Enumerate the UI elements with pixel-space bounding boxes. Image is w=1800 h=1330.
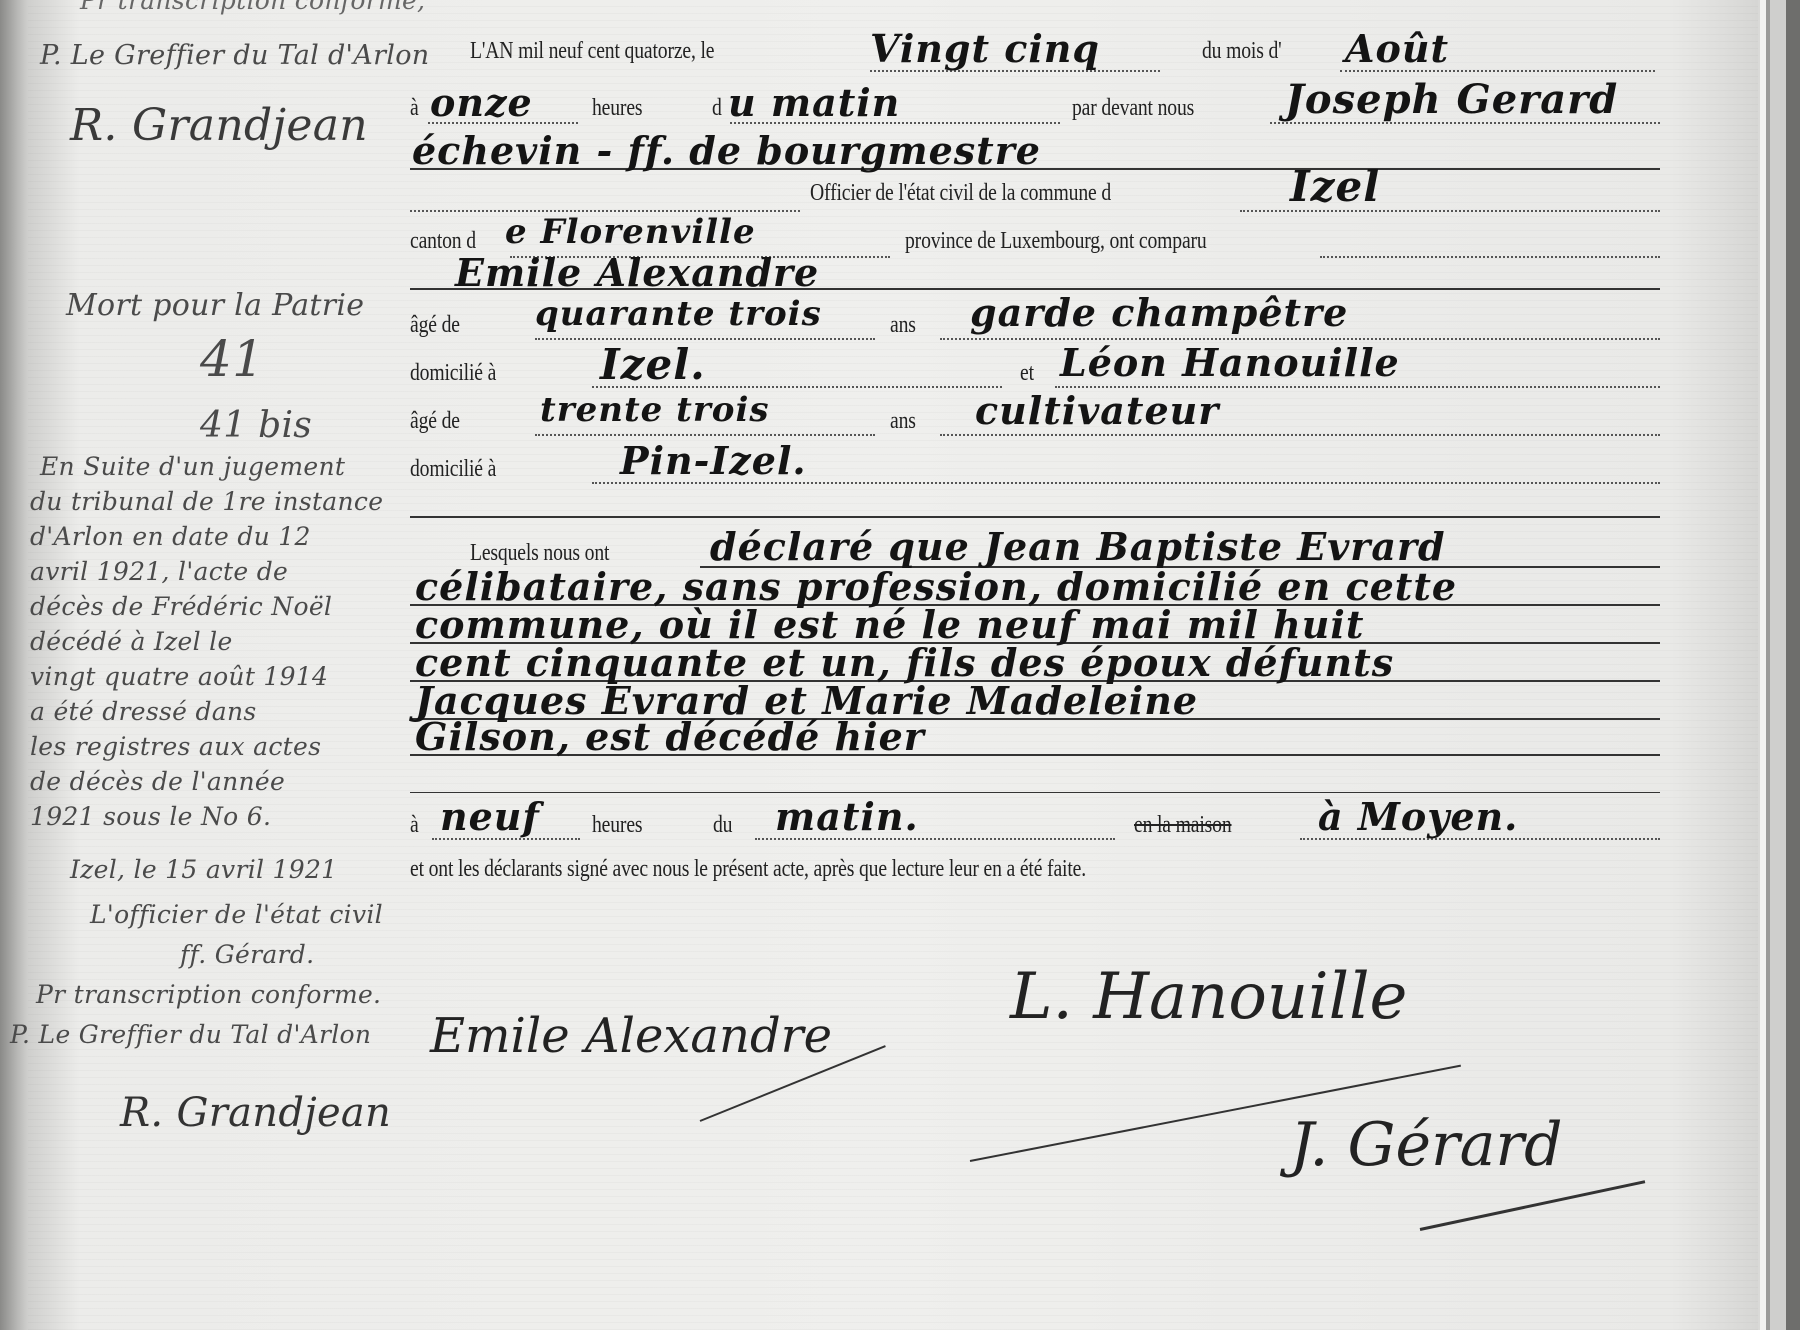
annotation-line: de décès de l'année: [30, 767, 430, 796]
annotation-line: vingt quatre août 1914: [30, 662, 430, 691]
printed-domicile-label-1: domicilié à: [410, 360, 496, 387]
margin-officer-title: L'officier de l'état civil: [90, 900, 383, 929]
hand-period2: matin.: [775, 794, 919, 839]
printed-ans-1: ans: [890, 312, 916, 339]
dotted-field-profession2: [940, 434, 1660, 436]
printed-closing-sentence: et ont les déclarants signé avec nous le…: [410, 856, 1086, 883]
hand-age2: trente trois: [540, 390, 770, 430]
hand-place: à Moyen.: [1318, 794, 1518, 839]
margin-act-number: 41: [200, 330, 264, 388]
margin-act-number-bis: 41 bis: [200, 405, 312, 446]
annotation-line: décès de Frédéric Noël: [30, 592, 430, 621]
hand-domicile2: Pin-Izel.: [620, 438, 807, 483]
printed-par-devant-nous: par devant nous: [1072, 95, 1194, 122]
annotation-line: a été dressé dans: [30, 697, 430, 726]
printed-province: province de Luxembourg, ont comparu: [905, 228, 1207, 255]
hand-day: Vingt cinq: [870, 26, 1100, 71]
printed-ans-2: ans: [890, 408, 916, 435]
annotation-line: décédé à Izel le: [30, 627, 430, 656]
margin-place-date: Izel, le 15 avril 1921: [70, 855, 337, 884]
printed-month-label: du mois d': [1202, 38, 1282, 65]
hand-profession1: garde champêtre: [970, 290, 1348, 335]
margin-greffier-top: P. Le Greffier du Tal d'Arlon: [40, 40, 429, 71]
hand-officer-title: échevin - ff. de bourgmestre: [412, 128, 1041, 173]
printed-age-label-2: âgé de: [410, 408, 460, 435]
printed-year-text: L'AN mil neuf cent quatorze, le: [470, 38, 714, 65]
printed-heures-2: heures: [592, 812, 642, 839]
printed-age-label-1: âgé de: [410, 312, 460, 339]
annotation-line: En Suite d'un jugement: [40, 452, 440, 481]
annotation-line: du tribunal de 1re instance: [30, 487, 430, 516]
printed-officier-etat-civil: Officier de l'état civil de la commune d: [810, 180, 1111, 207]
hand-declaration-line: déclaré que Jean Baptiste Evrard: [710, 524, 1446, 569]
signature-declarant2: L. Hanouille: [1010, 960, 1407, 1034]
margin-transcription: Pr transcription conforme.: [36, 980, 381, 1009]
page-right-edge: [1760, 0, 1800, 1330]
annotation-line: avril 1921, l'acte de: [30, 557, 430, 586]
dotted-field-age2: [535, 434, 875, 436]
hand-age1: quarante trois: [535, 294, 822, 334]
printed-et: et: [1020, 360, 1034, 387]
margin-top-fragment: Pr transcription conforme,: [80, 0, 425, 15]
hand-domicile1: Izel.: [600, 340, 706, 389]
margin-mort-pour-la-patrie: Mort pour la Patrie: [66, 288, 364, 323]
signature-declarant1: Emile Alexandre: [430, 1008, 832, 1064]
hand-profession2: cultivateur: [975, 388, 1219, 433]
printed-a-2: à: [410, 812, 419, 839]
margin-annotation: En Suite d'un jugement du tribunal de 1r…: [30, 452, 430, 771]
hand-period: u matin: [728, 80, 900, 125]
printed-a: à: [410, 95, 419, 122]
annotation-line: 1921 sous le No 6.: [30, 802, 430, 831]
margin-signature-top: R. Grandjean: [70, 100, 368, 151]
annotation-line: les registres aux actes: [30, 732, 430, 761]
margin-officer-signature: ff. Gérard.: [180, 940, 314, 969]
printed-d: d: [712, 95, 722, 122]
hand-declarant2: Léon Hanouille: [1060, 340, 1400, 385]
signature-officer: J. Gérard: [1290, 1110, 1563, 1180]
hand-officer-name: Joseph Gerard: [1285, 76, 1618, 123]
hand-month: Août: [1345, 26, 1449, 71]
printed-heures: heures: [592, 95, 642, 122]
printed-du: du: [713, 812, 732, 839]
annotation-line: d'Arlon en date du 12: [30, 522, 430, 551]
margin-greffier-bottom: P. Le Greffier du Tal d'Arlon: [10, 1020, 371, 1049]
rule-line: [410, 516, 1660, 518]
hand-declarant1: Emile Alexandre: [455, 250, 819, 295]
hand-commune: Izel: [1290, 162, 1380, 211]
hand-declaration-line: Gilson, est décédé hier: [415, 714, 925, 759]
printed-domicile-label-2: domicilié à: [410, 456, 496, 483]
margin-signature-bottom: R. Grandjean: [120, 1090, 391, 1136]
hand-canton: e Florenville: [505, 212, 756, 252]
hand-hour: onze: [430, 80, 533, 125]
rule-line: [410, 792, 1660, 793]
hand-hour2: neuf: [440, 794, 540, 839]
book-spine-shadow: [0, 0, 30, 1330]
dotted-field-comparu: [1320, 256, 1660, 258]
printed-lesquels-nous-ont: Lesquels nous ont: [470, 540, 609, 567]
printed-en-la-maison-struck: en la maison: [1134, 812, 1232, 839]
